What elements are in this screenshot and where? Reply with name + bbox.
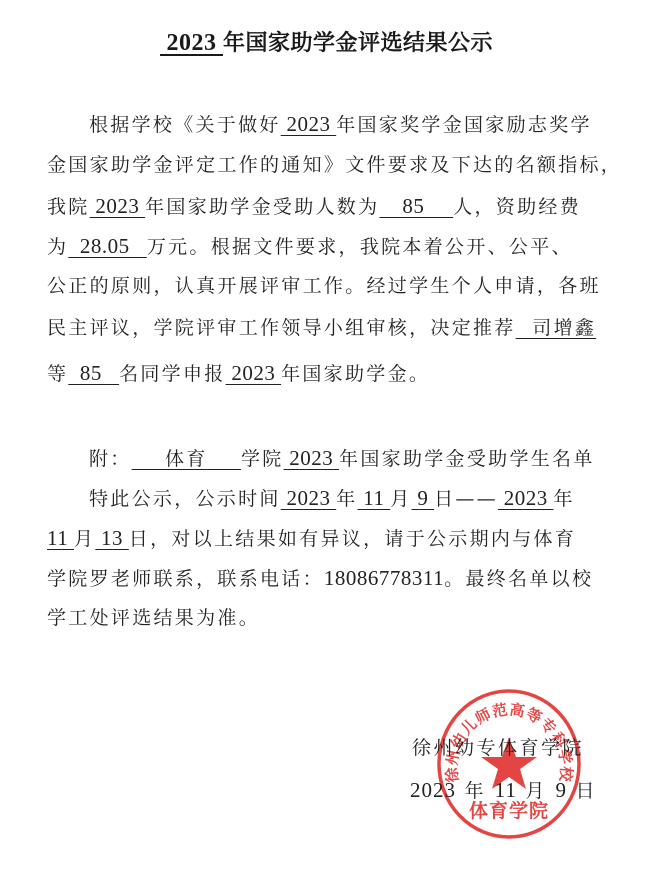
text: 。最终名单以校 [444, 568, 593, 590]
text: 月 [525, 780, 547, 802]
paragraph-1-line-6: 民主评议，学院评审工作领导小组审核，决定推荐 司增鑫 [47, 315, 596, 341]
text: 根据学校《关于做好 [89, 114, 281, 136]
signature-org: 徐州幼专体育学院 [412, 735, 584, 761]
blank-funding-amount: 28.05 [68, 234, 147, 258]
notice-period-line-1: 特此公示，公示时间 2023 年 11 月 9 日—— 2023 年 [89, 485, 575, 511]
blank-start-day: 9 [412, 486, 435, 510]
blank-end-day: 13 [95, 526, 129, 550]
document-title: 2023 年国家助学金评选结果公示 [160, 28, 493, 58]
text: 特此公示，公示时间 [89, 488, 281, 510]
text: 年 [553, 488, 574, 510]
text: 年国家奖学金国家励志奖学 [336, 114, 592, 136]
text: 日—— [434, 488, 498, 510]
paragraph-1-line-1: 根据学校《关于做好 2023 年国家奖学金国家励志奖学 [89, 111, 592, 137]
paragraph-1-line-7: 等 85 名同学申报 2023 年国家助学金。 [47, 360, 430, 386]
blank-year: 2023 [281, 112, 337, 136]
blank-end-year: 2023 [498, 486, 554, 510]
blank-student-count: 85 [68, 361, 119, 385]
blank-year: 2023 [226, 361, 282, 385]
title-text: 年国家助学金评选结果公示 [223, 31, 493, 56]
paragraph-1-line-2: 金国家助学金评定工作的通知》文件要求及下达的名额指标， [47, 152, 622, 178]
attachment-line: 附： 体育 学院 2023 年国家助学金受助学生名单 [89, 445, 595, 471]
blank-end-month: 11 [47, 526, 74, 550]
text: 我院 [47, 196, 90, 218]
title-year: 2023 [160, 30, 223, 56]
official-seal-icon: 徐州幼儿师范高等专科学校 体育学院 [436, 689, 582, 839]
blank-start-year: 2023 [281, 486, 337, 510]
text: 日，对以上结果如有异议，请于公示期内与体育 [129, 528, 576, 550]
contact-line: 学院罗老师联系，联系电话：18086778311。最终名单以校 [47, 565, 593, 591]
blank-start-month: 11 [358, 486, 391, 510]
text: 年国家助学金受助学生名单 [339, 448, 595, 470]
text: 万元。根据文件要求，我院本着公开、公平、 [147, 236, 573, 258]
blank-college: 体育 [132, 448, 241, 470]
text: 人，资助经费 [453, 196, 581, 218]
date-day: 9 [555, 778, 567, 802]
signature-date: 2023 年 11 月 9 日 [410, 777, 597, 803]
paragraph-1-line-5: 公正的原则，认真开展评审工作。经过学生个人申请，各班 [47, 273, 601, 299]
blank-student-name: 司增鑫 [516, 317, 597, 339]
text: 学院罗老师联系，联系电话： [47, 568, 324, 590]
text: 年 [465, 780, 487, 802]
text: 附： [89, 448, 132, 470]
text: 年 [336, 488, 357, 510]
date-month: 11 [495, 778, 517, 802]
paragraph-1-line-3: 我院 2023 年国家助学金受助人数为 85 人，资助经费 [47, 193, 581, 219]
text: 学院 [241, 448, 284, 470]
text: 民主评议，学院评审工作领导小组审核，决定推荐 [47, 317, 516, 339]
text: 年国家助学金。 [281, 363, 430, 385]
text: 金国家助学金评定工作的通知》文件要求及下达的名额指标， [47, 154, 622, 176]
blank-year: 2023 [284, 446, 340, 470]
text: 公正的原则，认真开展评审工作。经过学生个人申请，各班 [47, 275, 601, 297]
text: 月 [74, 528, 95, 550]
blank-year: 2023 [90, 194, 146, 218]
text: 日 [576, 780, 598, 802]
final-line: 学工处评选结果为准。 [47, 605, 260, 631]
notice-period-line-2: 11 月 13 日，对以上结果如有异议，请于公示期内与体育 [47, 525, 576, 551]
paragraph-1-line-4: 为 28.05 万元。根据文件要求，我院本着公开、公平、 [47, 233, 573, 259]
text: 名同学申报 [119, 363, 226, 385]
text: 为 [47, 236, 68, 258]
text: 月 [390, 488, 411, 510]
text: 年国家助学金受助人数为 [145, 196, 379, 218]
text: 学工处评选结果为准。 [47, 607, 260, 629]
phone-number: 18086778311 [324, 566, 444, 590]
text: 等 [47, 363, 68, 385]
date-year: 2023 [410, 778, 456, 802]
blank-recipient-count: 85 [379, 194, 453, 218]
